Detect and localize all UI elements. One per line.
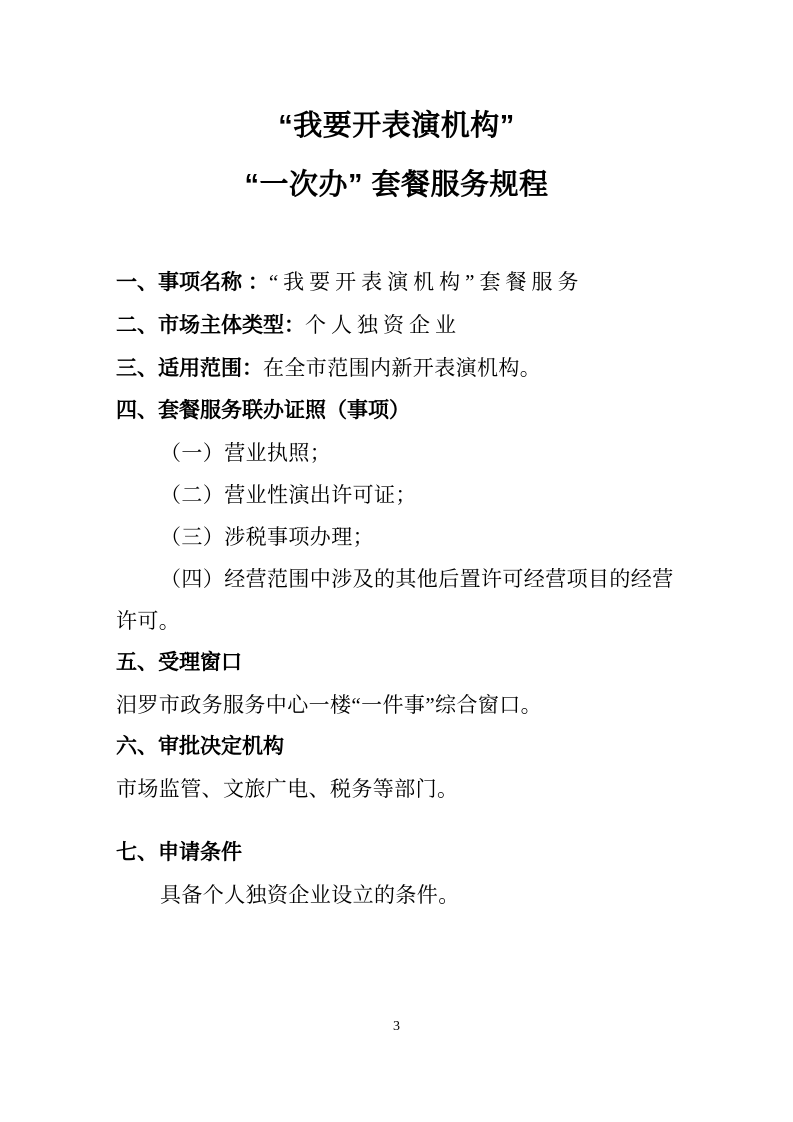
section-4-heading: 四、套餐服务联办证照（事项） xyxy=(116,390,678,432)
section-3-heading: 三、适用范围： xyxy=(116,357,263,380)
section-3-line: 三、适用范围：在全市范围内新开表演机构。 xyxy=(116,347,678,390)
document-title-block: “我要开表演机构” “一次办” 套餐服务规程 xyxy=(0,0,793,205)
section-3-value: 在全市范围内新开表演机构。 xyxy=(263,356,541,380)
section-1-value: “我要开表演机构”套餐服务 xyxy=(269,270,584,294)
section-4-subitem-4: （四）经营范围中涉及的其他后置许可经营项目的经营许可。 xyxy=(116,558,678,642)
document-body: 一、事项名称 ：“我要开表演机构”套餐服务 二、市场主体类型：个人独资企业 三、… xyxy=(116,261,678,916)
page-number: 3 xyxy=(0,1019,793,1035)
section-7-value: 具备个人独资企业设立的条件。 xyxy=(116,874,678,916)
section-1-line: 一、事项名称 ：“我要开表演机构”套餐服务 xyxy=(116,261,678,304)
section-2-value: 个人独资企业 xyxy=(305,313,461,337)
section-7-heading: 七、申请条件 xyxy=(116,832,678,874)
document-page: “我要开表演机构” “一次办” 套餐服务规程 一、事项名称 ：“我要开表演机构”… xyxy=(0,0,793,1122)
section-5-heading: 五、受理窗口 xyxy=(116,642,678,684)
document-title-line-1: “我要开表演机构” xyxy=(0,106,793,146)
section-2-heading: 二、市场主体类型： xyxy=(116,314,305,337)
section-4-subitem-1: （一）营业执照； xyxy=(116,432,678,474)
section-5-value: 汨罗市政务服务中心一楼“一件事”综合窗口。 xyxy=(116,684,678,726)
section-4-subitem-2: （二）营业性演出许可证； xyxy=(116,474,678,516)
section-6-value: 市场监管、文旅广电、税务等部门。 xyxy=(116,768,678,810)
section-1-heading: 一、事项名称 ： xyxy=(116,271,269,294)
section-4-subitem-3: （三）涉税事项办理； xyxy=(116,516,678,558)
section-2-line: 二、市场主体类型：个人独资企业 xyxy=(116,304,678,347)
document-title-line-2: “一次办” 套餐服务规程 xyxy=(0,165,793,205)
section-6-heading: 六、审批决定机构 xyxy=(116,726,678,768)
